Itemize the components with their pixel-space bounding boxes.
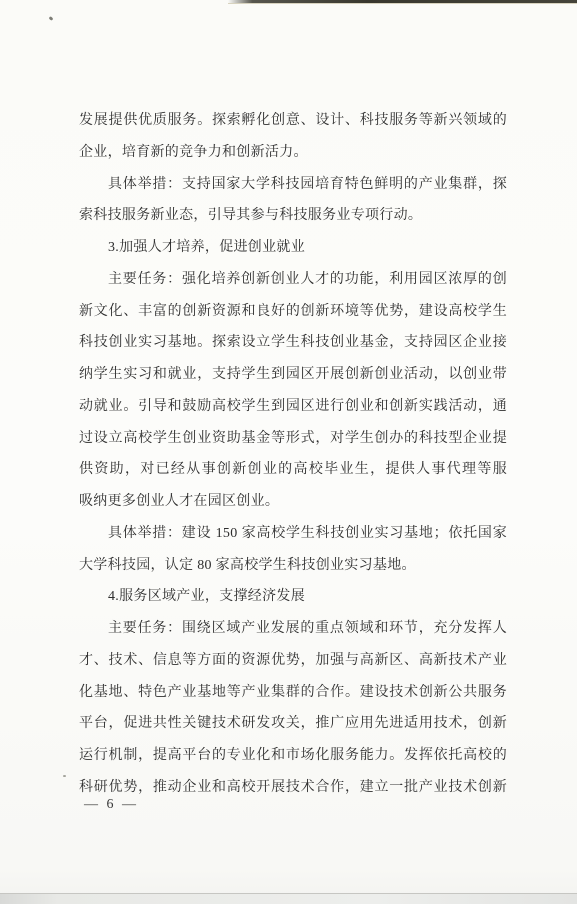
scan-speck [63, 775, 66, 777]
text-line: 吸纳更多创业人才在园区创业。 [79, 486, 507, 518]
text-line: 大学科技园，认定 80 家高校学生科技创业实习基地。 [79, 550, 507, 582]
text-line: 平台，促进共性关键技术研发攻关，推广应用先进适用技术，创新 [79, 708, 507, 740]
text-line: 化基地、特色产业基地等产业集群的合作。建设技术创新公共服务 [79, 677, 507, 709]
scan-edge-top-line [228, 0, 577, 4]
scanned-document-page: 发展提供优质服务。探索孵化创意、设计、科技服务等新兴领域的 企业，培育新的竞争力… [0, 0, 577, 904]
text-line: 具体举措：建设 150 家高校学生科技创业实习基地；依托国家 [79, 518, 507, 550]
text-line: 过设立高校学生创业资助基金等形式，对学生创办的科技型企业提 [79, 423, 507, 455]
text-line: 发展提供优质服务。探索孵化创意、设计、科技服务等新兴领域的 [79, 105, 507, 137]
text-line: 纳学生实习和就业，支持学生到园区开展创新创业活动，以创业带 [79, 359, 507, 391]
text-line: 索科技服务新业态，引导其参与科技服务业专项行动。 [79, 200, 507, 232]
scan-edge-bottom-band [0, 893, 577, 904]
text-line: 企业，培育新的竞争力和创新活力。 [79, 137, 507, 169]
text-line: 才、技术、信息等方面的资源优势，加强与高新区、高新技术产业 [79, 645, 507, 677]
document-body-text: 发展提供优质服务。探索孵化创意、设计、科技服务等新兴领域的 企业，培育新的竞争力… [79, 105, 507, 804]
text-line: 动就业。引导和鼓励高校学生到园区进行创业和创新实践活动，通 [79, 391, 507, 423]
text-line: 运行机制，提高平台的专业化和市场化服务能力。发挥依托高校的 [79, 740, 507, 772]
text-line: 科研优势，推动企业和高校开展技术合作，建立一批产业技术创新 [79, 772, 507, 804]
text-line: 主要任务：围绕区域产业发展的重点领域和环节，充分发挥人 [79, 613, 507, 645]
text-line: 主要任务：强化培养创新创业人才的功能，利用园区浓厚的创 [79, 264, 507, 296]
scan-speck [49, 16, 54, 21]
page-number: — 6 — [84, 796, 139, 814]
text-line: 新文化、丰富的创新资源和良好的创新环境等优势，建设高校学生 [79, 296, 507, 328]
section-heading: 4.服务区域产业，支撑经济发展 [79, 581, 507, 613]
text-line: 供资助，对已经从事创新创业的高校毕业生，提供人事代理等服务， [79, 454, 507, 486]
text-line: 具体举措：支持国家大学科技园培育特色鲜明的产业集群，探 [79, 169, 507, 201]
text-line: 科技创业实习基地。探索设立学生科技创业基金，支持园区企业接 [79, 327, 507, 359]
section-heading: 3.加强人才培养，促进创业就业 [79, 232, 507, 264]
